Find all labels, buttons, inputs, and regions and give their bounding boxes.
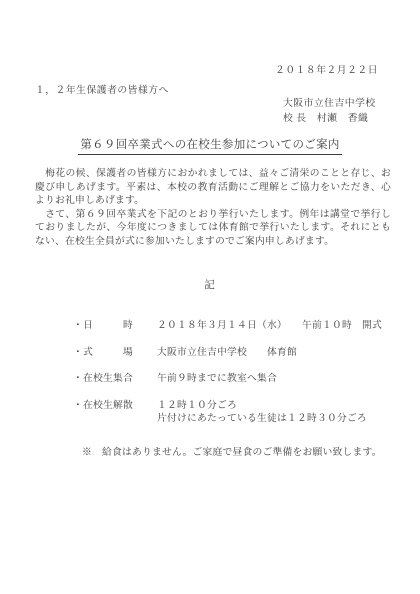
document-title-text: 第６９回卒業式への在校生参加についてのご案内: [78, 136, 341, 155]
item-label: ・式 場: [73, 346, 157, 360]
principal-name: 校 長 村瀬 香織: [283, 112, 376, 127]
item-value-line2: 片付けにあたっている生徒は１２時３０分ごろ: [157, 412, 393, 426]
note-line: ※ 給食はありません。ご家庭で昼食のご準備をお願い致します。: [82, 444, 382, 458]
schedule-item-assembly: ・在校生集合 午前９時までに教室へ集合: [73, 372, 393, 386]
schedule-item-venue: ・式 場 大阪市立住吉中学校 体育館: [73, 346, 393, 360]
sender-block: 大阪市立住吉中学校 校 長 村瀬 香織: [283, 97, 376, 126]
schedule-item-dismissal: ・在校生解散 １２時１０分ごろ 片付けにあたっている生徒は１２時３０分ごろ: [73, 399, 393, 426]
paragraph-main: さて、第６９回卒業式を下記のとおり挙行いたします。例年は講堂で挙行しておりました…: [35, 208, 391, 249]
item-value-line1: １２時１０分ごろ: [157, 399, 393, 413]
item-value: 大阪市立住吉中学校 体育館: [157, 346, 393, 360]
date-line: ２０１８年２月２２日: [275, 62, 378, 76]
schedule-item-datetime: ・日 時 ２０１８年３月１４日（水） 午前１０時 開式: [73, 319, 393, 333]
paragraph-greeting: 梅花の候、保護者の皆様方におかれましては、益々ご清栄のことと存じ、お慶び申しあげ…: [35, 167, 391, 208]
body-text: 梅花の候、保護者の皆様方におかれましては、益々ご清栄のことと存じ、お慶び申しあげ…: [35, 167, 391, 249]
document-title: 第６９回卒業式への在校生参加についてのご案内: [0, 135, 420, 155]
item-value: ２０１８年３月１４日（水） 午前１０時 開式: [157, 319, 393, 333]
item-value: １２時１０分ごろ 片付けにあたっている生徒は１２時３０分ごろ: [157, 399, 393, 426]
schedule-list: ・日 時 ２０１８年３月１４日（水） 午前１０時 開式 ・式 場 大阪市立住吉中…: [73, 319, 393, 439]
item-label: ・在校生集合: [73, 372, 157, 386]
item-value: 午前９時までに教室へ集合: [157, 372, 393, 386]
record-marker: 記: [0, 277, 420, 292]
document-page: ２０１８年２月２２日 １，２年生保護者の皆様方へ 大阪市立住吉中学校 校 長 村…: [0, 0, 420, 594]
addressee-line: １，２年生保護者の皆様方へ: [35, 82, 169, 96]
school-name: 大阪市立住吉中学校: [283, 97, 376, 112]
item-label: ・在校生解散: [73, 399, 157, 426]
item-label: ・日 時: [73, 319, 157, 333]
